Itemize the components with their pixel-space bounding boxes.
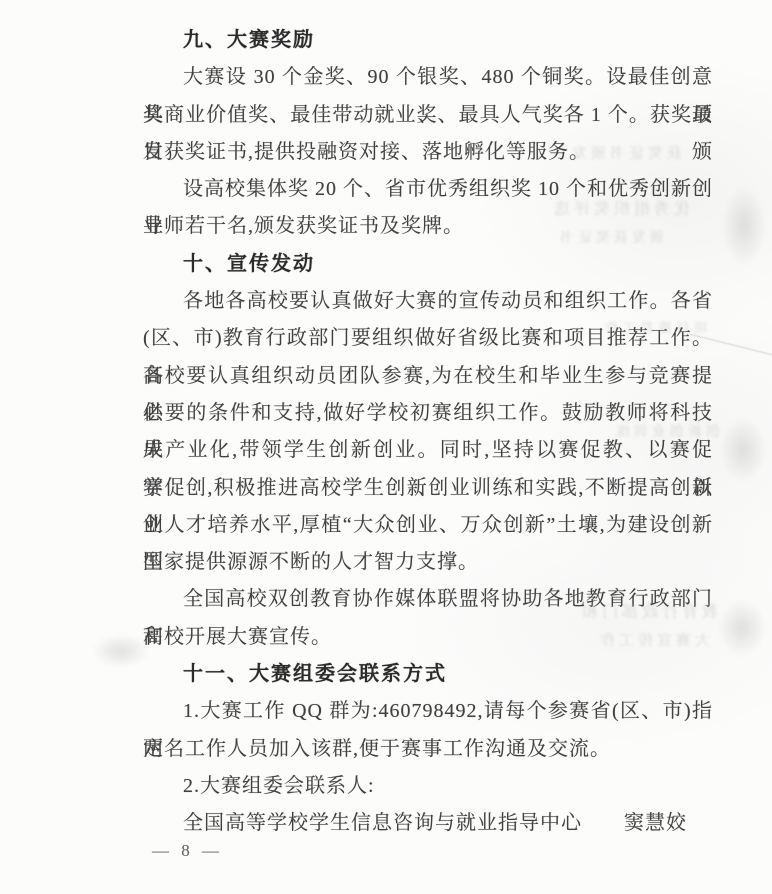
text-line: 2.大赛组委会联系人: — [143, 768, 713, 805]
text-line: 国家提供源源不断的人才智力支撑。 — [143, 544, 713, 581]
scan-noise-blob — [92, 634, 150, 668]
text-line: 高校要认真组织动员团队参赛,为在校生和毕业生参与竞赛提供 — [143, 358, 713, 395]
scanned-document-page: 九、大赛奖励 大赛设 30 个金奖、90 个银奖、480 个铜奖。设最佳创意奖、… — [0, 0, 772, 894]
text-line: 大赛设 30 个金奖、90 个银奖、480 个铜奖。设最佳创意奖、最 — [143, 59, 713, 96]
scan-noise-blob — [720, 418, 766, 482]
section-heading-awards: 九、大赛奖励 — [143, 22, 713, 59]
text-line: 必要的条件和支持,做好学校初赛组织工作。鼓励教师将科技成 — [143, 395, 713, 432]
text-line: 设高校集体奖 20 个、省市优秀组织奖 10 个和优秀创新创业 — [143, 171, 713, 208]
text-line: 高校开展大赛宣传。 — [143, 619, 713, 656]
text-line: 全国高校双创教育协作媒体联盟将协助各地教育行政部门和 — [143, 581, 713, 618]
document-body: 九、大赛奖励 大赛设 30 个金奖、90 个银奖、480 个铜奖。设最佳创意奖、… — [143, 22, 713, 843]
section-heading-contact: 十一、大赛组委会联系方式 — [143, 656, 713, 693]
text-line: 具商业价值奖、最佳带动就业奖、最具人气奖各 1 个。获奖项目颁 — [143, 97, 713, 134]
scan-noise-blob — [718, 600, 766, 656]
scan-noise-blob — [722, 186, 766, 266]
text-line: 两名工作人员加入该群,便于赛事工作沟通及交流。 — [143, 731, 713, 768]
text-line: 各地各高校要认真做好大赛的宣传动员和组织工作。各省 — [143, 283, 713, 320]
text-line-qq-group: 1.大赛工作 QQ 群为:460798492,请每个参赛省(区、市)指定 — [143, 693, 713, 730]
text-line: 赛促创,积极推进高校学生创新创业训练和实践,不断提高创新创 — [143, 470, 713, 507]
text-line: (区、市)教育行政部门要组织做好省级比赛和项目推荐工作。各 — [143, 320, 713, 357]
text-line: 业人才培养水平,厚植“大众创业、万众创新”土壤,为建设创新型 — [143, 507, 713, 544]
text-line-contact-person: 全国高等学校学生信息咨询与就业指导中心 窦慧姣 — [143, 805, 713, 842]
text-line: 导师若干名,颁发获奖证书及奖牌。 — [143, 208, 713, 245]
section-heading-publicity: 十、宣传发动 — [143, 246, 713, 283]
page-number: — 8 — — [152, 841, 223, 861]
text-line: 果产业化,带领学生创新创业。同时,坚持以赛促教、以赛促学、以 — [143, 432, 713, 469]
